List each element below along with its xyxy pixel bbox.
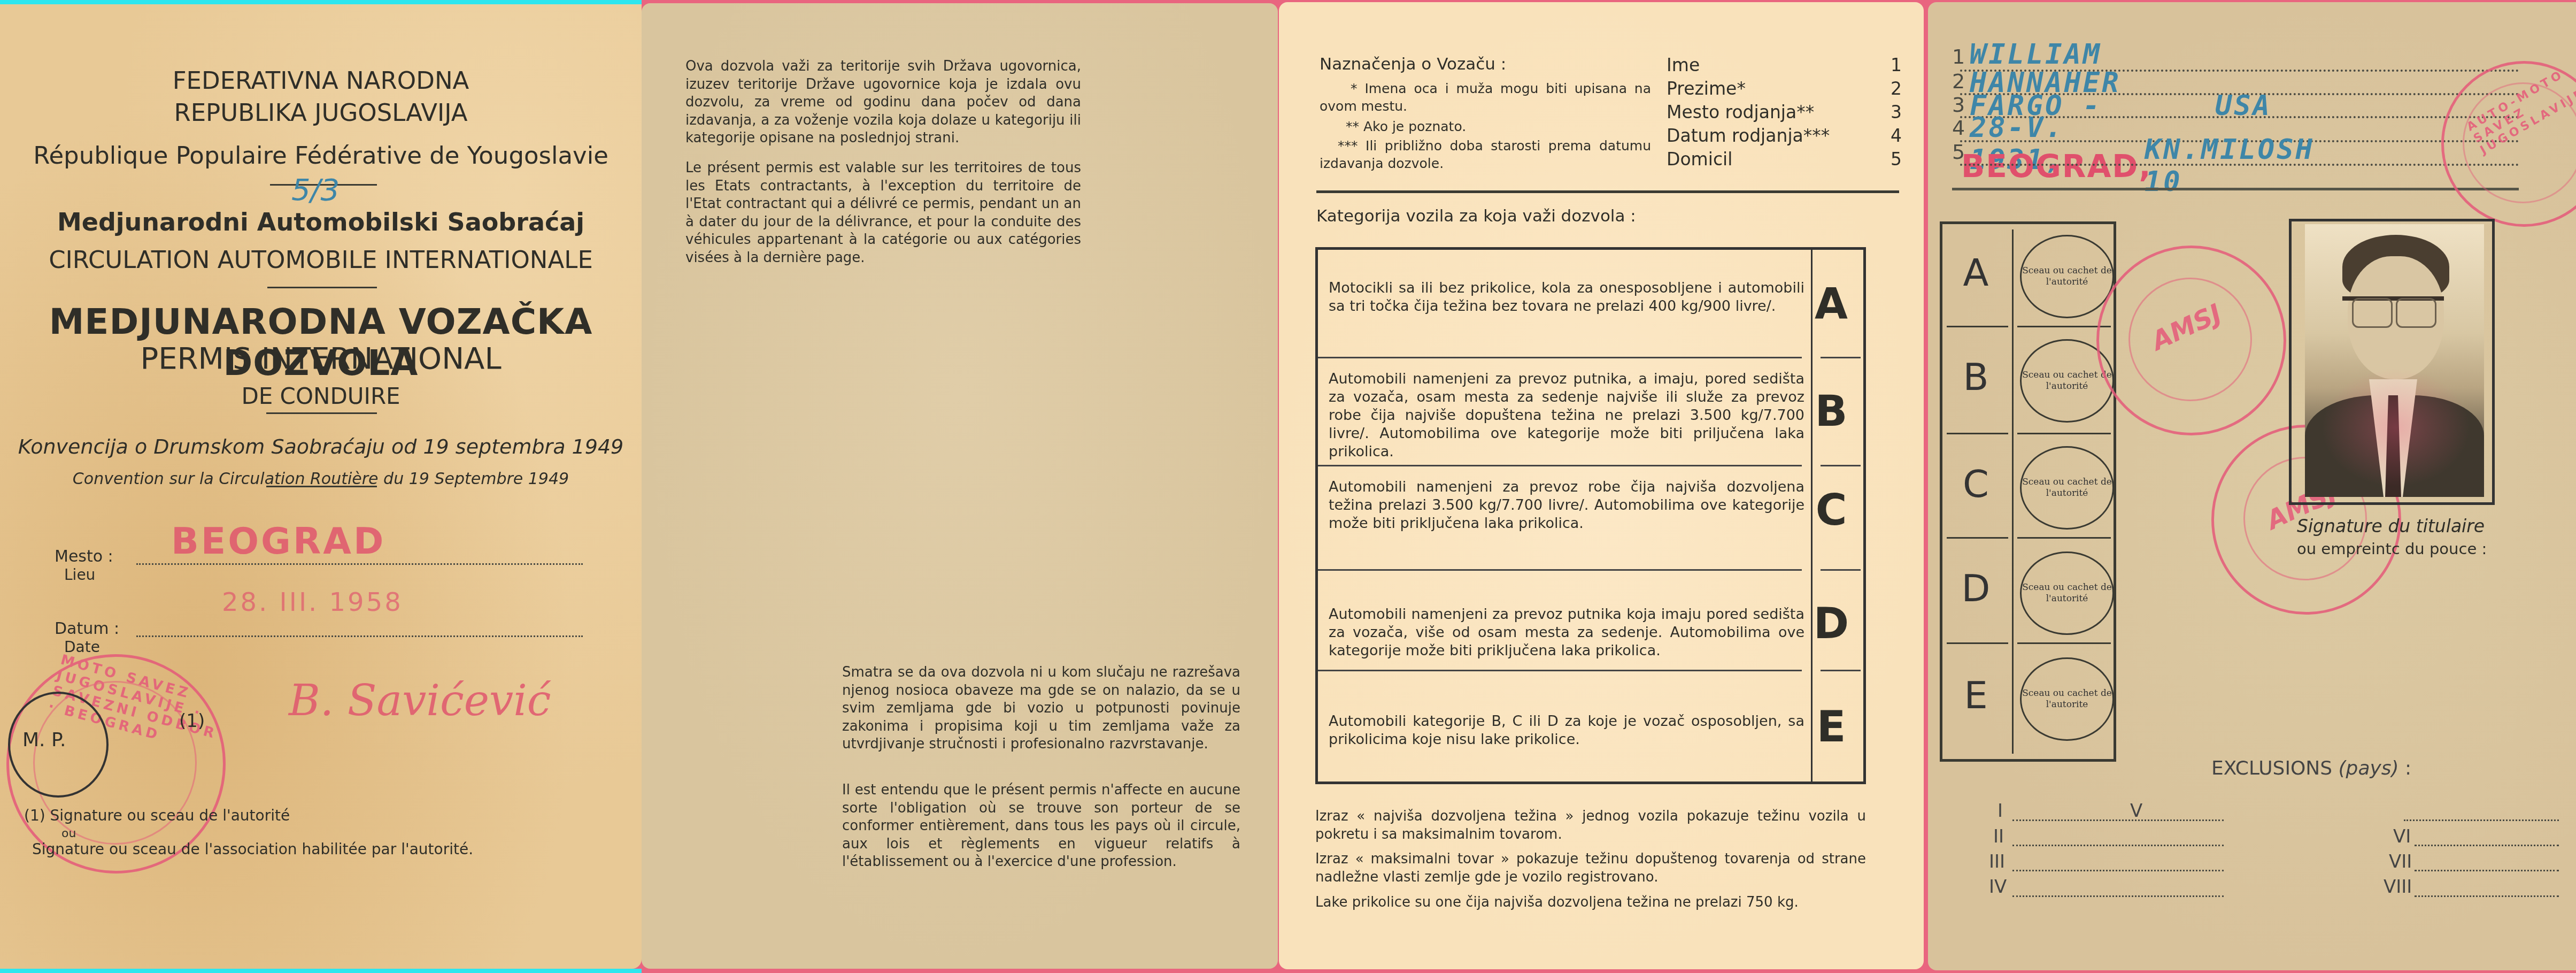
exclusion-field-8[interactable] — [2415, 895, 2559, 897]
holder-first-name: WILLIAM — [1970, 39, 2102, 71]
exclusion-field-5[interactable] — [2404, 819, 2559, 821]
field-name: Ime1 — [1667, 55, 1902, 78]
exclusion-field-3[interactable] — [2012, 870, 2224, 871]
divider — [266, 412, 377, 414]
driver-field-list: Ime1 Prezime*2 Mesto rodjanja**3 Datum r… — [1667, 55, 1902, 172]
divider — [1316, 190, 1899, 193]
stamp-slot-letter-e: E — [1942, 673, 2009, 717]
date-field[interactable] — [136, 635, 583, 637]
official-stamp-icon: AMSJ — [2096, 246, 2286, 435]
definition-max-weight: Izraz « najviša dozvoljena težina » jedn… — [1315, 807, 1866, 844]
stamp-slot-letter-a: A — [1942, 251, 2009, 295]
exclusion-label-4: IV — [1989, 876, 2007, 898]
divider — [266, 486, 377, 487]
exclusion-label-8: VIII — [2384, 876, 2412, 898]
exclusion-label-3: III — [1989, 851, 2005, 872]
country-name-2: REPUBLIKA JUGOSLAVIJA — [0, 98, 642, 128]
divider — [267, 287, 377, 288]
domicile-stamp: BEOGRAD, — [1961, 148, 2151, 185]
exclusion-field-1[interactable] — [2012, 819, 2224, 821]
scan-background-edge — [0, 969, 642, 973]
field-birthdate: Datum rodjanja***4 — [1667, 125, 1902, 149]
official-stamp-icon: AUTO-MOTO SAVEZ JUGOSLAVIJE — [2441, 61, 2576, 227]
divider — [1952, 188, 2519, 190]
footnote-marker: (1) — [179, 710, 205, 732]
category-letter-d: D — [1804, 599, 1858, 648]
field-birthplace: Mesto rodjanja**3 — [1667, 102, 1902, 125]
holder-photo — [2305, 224, 2484, 497]
scan-background-edge — [0, 0, 642, 4]
exclusion-label-1: I — [1997, 800, 2003, 822]
categories-page: Naznačenja o Vozaču : * Imena oca i muža… — [1279, 2, 1924, 969]
driver-info-heading: Naznačenja o Vozaču : — [1320, 55, 1506, 74]
stamp-slot-letter-b: B — [1942, 355, 2009, 399]
signature-label: Signature du titulaire — [2297, 516, 2485, 537]
exclusion-field-7[interactable] — [2415, 870, 2559, 871]
subtitle-sr: Medjunarodni Automobilski Saobraćaj — [0, 208, 642, 236]
stamp-slot-c[interactable]: Sceau ou cachet de l'autorité — [2020, 446, 2114, 530]
validity-text-fr: Le présent permis est valable sur les te… — [685, 159, 1081, 267]
category-stamp-grid: A Sceau ou cachet de l'autorité B Sceau … — [1940, 221, 2116, 762]
category-row-a: Motocikli sa ili bez prikolice, kola za … — [1318, 250, 1815, 356]
stamp-slot-letter-d: D — [1942, 566, 2009, 610]
footnote-or: ou — [61, 827, 76, 840]
category-letter-c: C — [1804, 485, 1858, 535]
definition-light-trailer: Lake prikolice su one čija najviša dozvo… — [1315, 893, 1799, 912]
convention-sr: Konvencija o Drumskom Saobraćaju od 19 s… — [0, 435, 642, 458]
holder-page: 1 WILLIAM 2 HANNAHER 3 FARGO - USA 4 28-… — [1928, 2, 2576, 970]
exclusion-label-5: V — [2130, 800, 2142, 822]
category-letter-b: B — [1804, 386, 1858, 436]
footnote-line-2: Signature ou sceau de l'association habi… — [32, 840, 473, 858]
category-table: Motocikli sa ili bez prikolice, kola za … — [1315, 247, 1866, 784]
validity-text-sr: Ova dozvola važi za teritorije svih Drža… — [685, 58, 1081, 148]
obligation-text-sr: Smatra se da ova dozvola ni u kom slučaj… — [842, 664, 1240, 754]
country-name-fr: République Populaire Fédérative de Yougo… — [0, 141, 642, 171]
serial-number-handwritten: 5/3 — [291, 173, 340, 208]
category-heading: Kategorija vozila za koja važi dozvola : — [1316, 206, 1636, 226]
exclusion-field-4[interactable] — [2012, 895, 2224, 897]
footnote-line-1: (1) Signature ou sceau de l'autorité — [24, 807, 290, 824]
exclusion-label-7: VII — [2389, 851, 2412, 872]
exclusion-field-6[interactable] — [2415, 845, 2559, 846]
stamp-slot-a[interactable]: Sceau ou cachet de l'autorité — [2020, 235, 2114, 318]
seal-label: M. P. — [22, 729, 66, 751]
stamp-slot-letter-c: C — [1942, 462, 2009, 506]
place-field[interactable] — [136, 563, 583, 565]
footnote-age: *** Ili približno doba starosti prema da… — [1320, 137, 1651, 172]
exclusions-heading: EXCLUSIONS (pays) : — [2211, 757, 2411, 779]
footnote-names: * Imena oca i muža mogu biti upisana na … — [1320, 80, 1651, 115]
document-title-fr: PERMIS INTERNATIONAL — [0, 341, 642, 376]
document-title-fr-2: DE CONDUIRE — [0, 383, 642, 409]
exclusion-label-6: VI — [2393, 826, 2411, 847]
official-signature: B. Savićević — [289, 676, 551, 725]
category-letter-e: E — [1804, 702, 1858, 752]
definition-max-load: Izraz « maksimalni tovar » pokazuje teži… — [1315, 850, 1866, 886]
date-stamp: 28. III. 1958 — [222, 587, 403, 617]
place-label: Mesto : — [55, 547, 113, 566]
field-line[interactable] — [1960, 164, 2519, 166]
exclusion-label-2: II — [1993, 826, 2004, 847]
conditions-page: Ova dozvola važi za teritorije svih Drža… — [642, 3, 1278, 969]
place-stamp: BEOGRAD — [171, 520, 385, 563]
cover-page: FEDERATIVNA NARODNA REPUBLIKA JUGOSLAVIJ… — [0, 4, 642, 969]
subtitle-fr: CIRCULATION AUTOMOBILE INTERNATIONALE — [0, 245, 642, 275]
signature-label-2: ou empreintc du pouce : — [2297, 540, 2487, 558]
exclusion-field-2[interactable] — [2012, 845, 2224, 846]
category-letter-a: A — [1804, 279, 1858, 329]
date-label: Datum : — [55, 619, 119, 638]
place-label-fr: Lieu — [64, 566, 95, 584]
footnote-if-known: ** Ako je poznato. — [1346, 119, 1466, 134]
signature-area[interactable] — [2297, 561, 2505, 689]
holder-photo-frame — [2289, 219, 2495, 505]
country-name-1: FEDERATIVNA NARODNA — [0, 66, 642, 96]
field-surname: Prezime*2 — [1667, 78, 1902, 102]
stamp-slot-d[interactable]: Sceau ou cachet de l'autorité — [2020, 551, 2114, 635]
obligation-text-fr: Il est entendu que le présent permis n'a… — [842, 782, 1240, 871]
field-domicile: Domicil5 — [1667, 149, 1902, 172]
stamp-slot-e[interactable]: Sceau ou cachet de l'autorite — [2020, 657, 2114, 741]
